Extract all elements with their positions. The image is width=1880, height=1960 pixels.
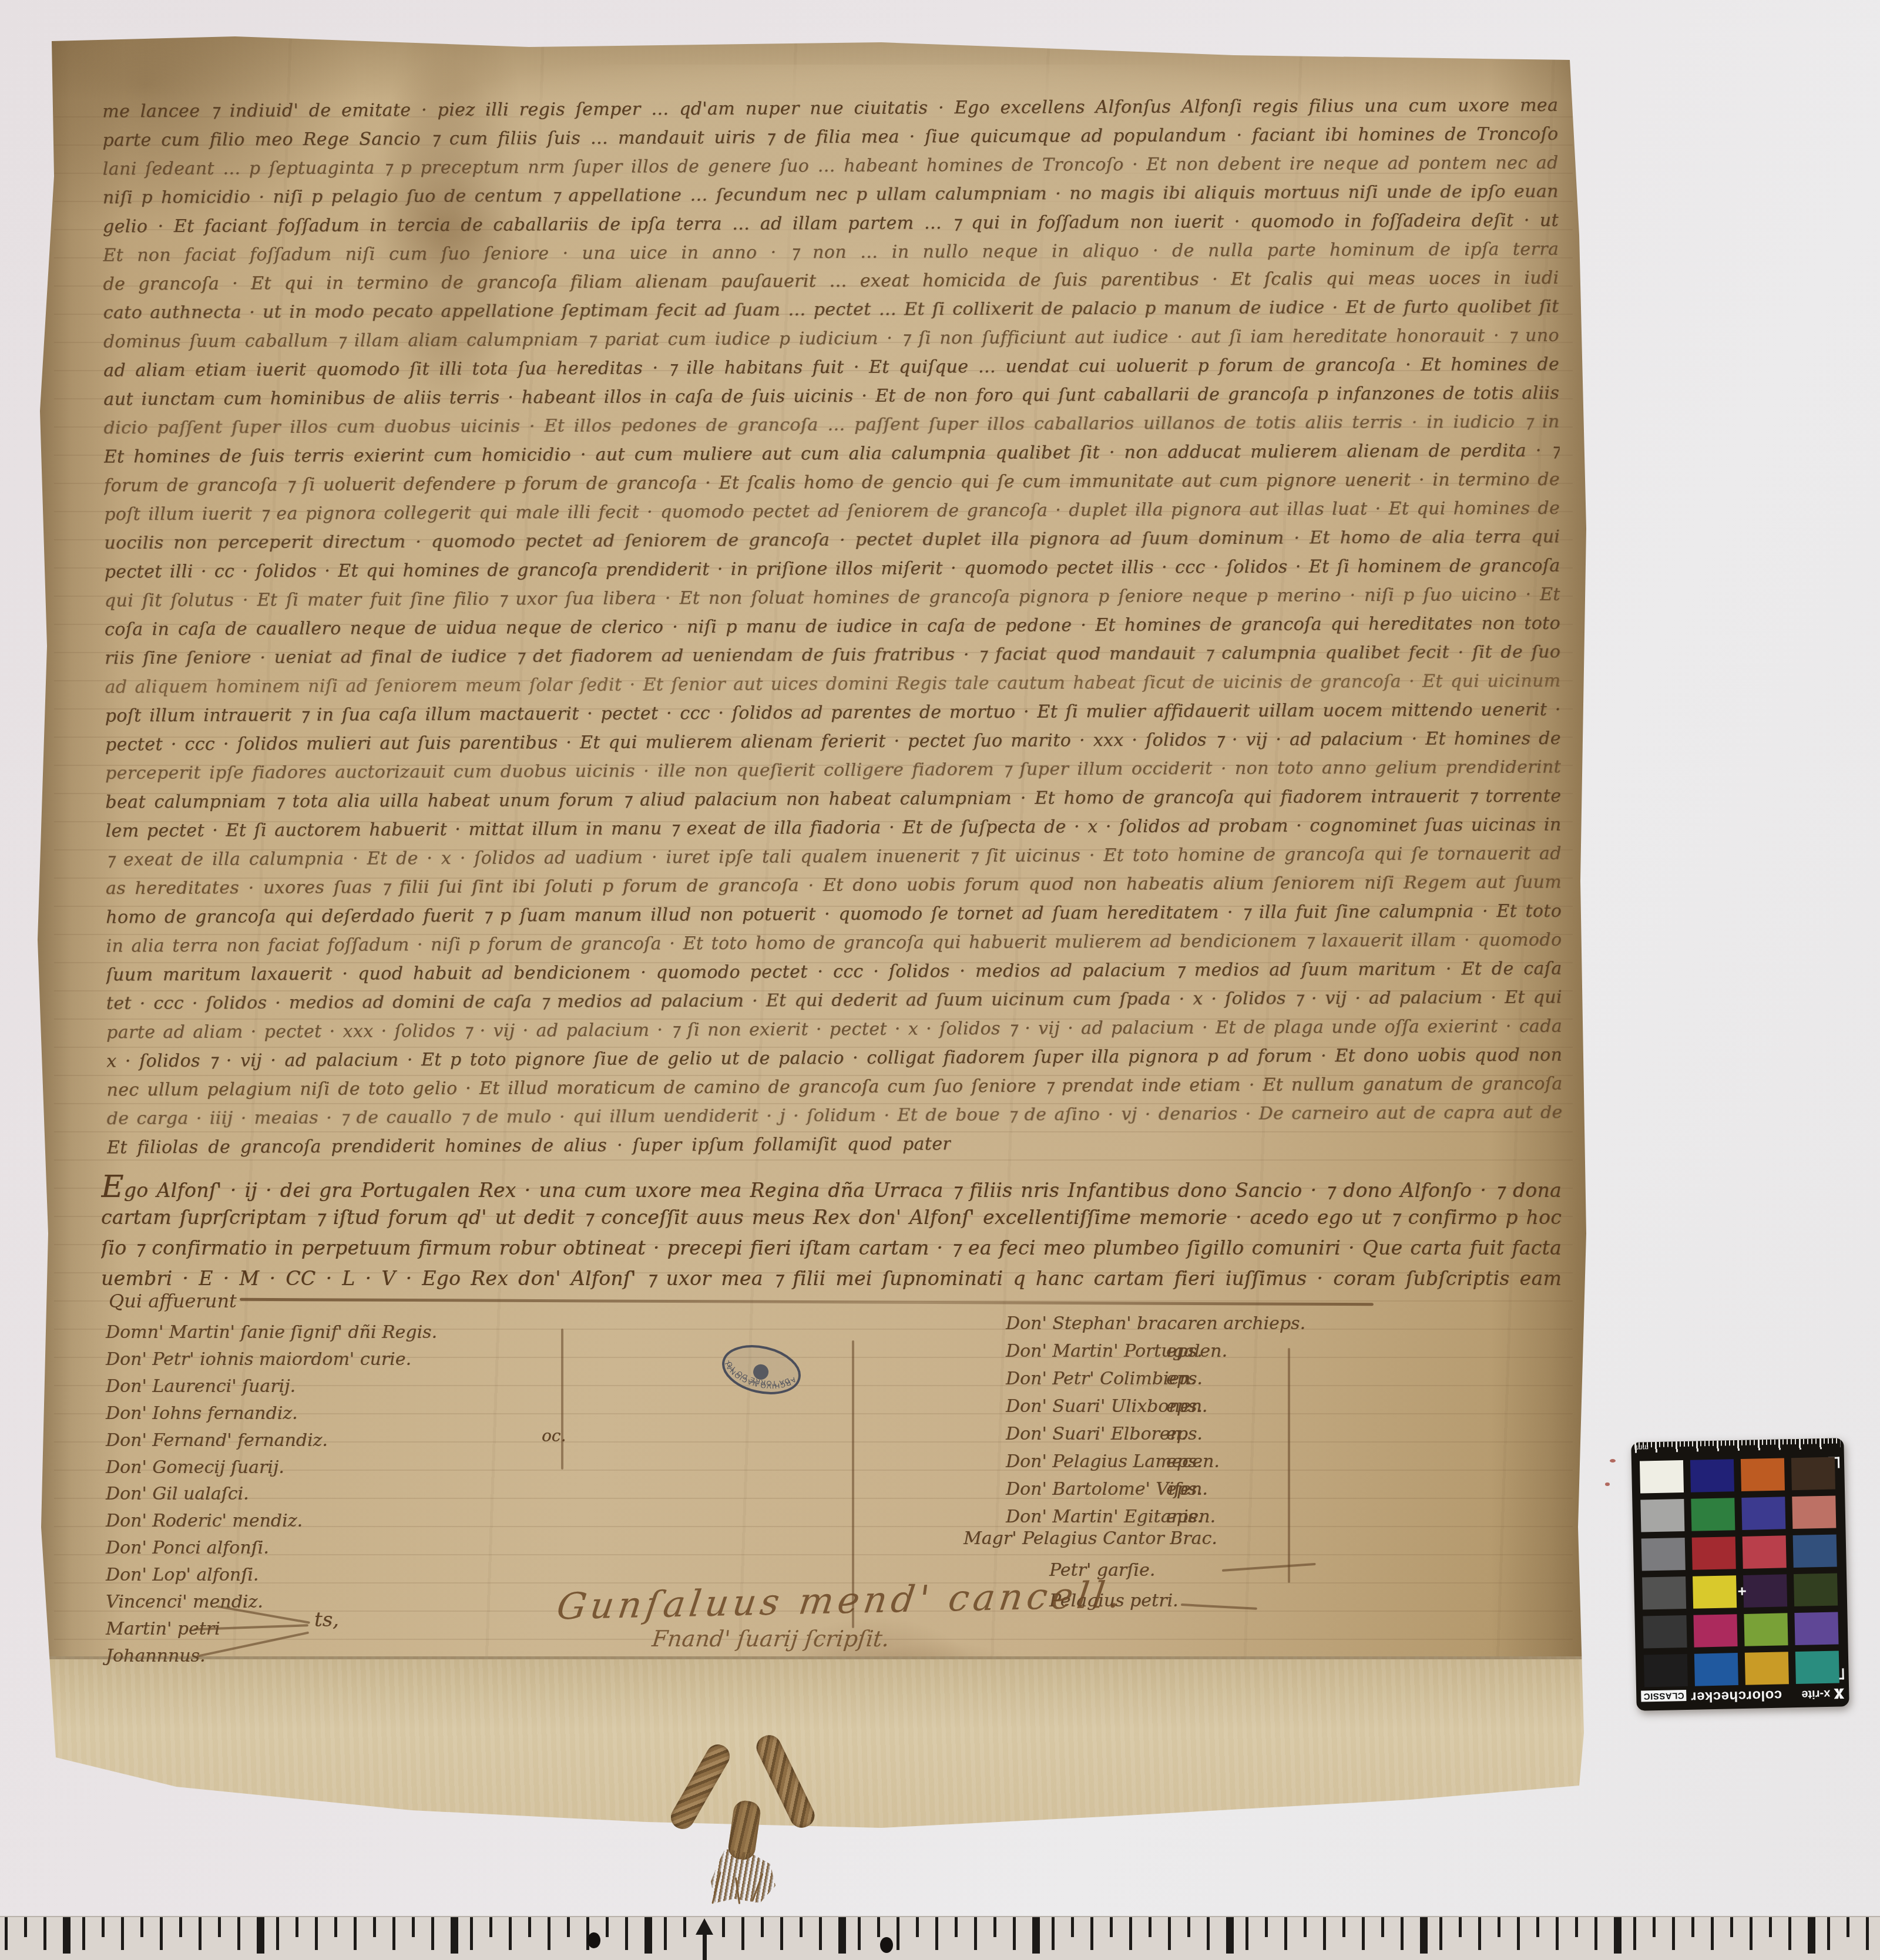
witness-extra: Magr' Pelagius Cantor Brac.	[963, 1528, 1217, 1549]
witness-right-item: Don' Suari' Elboren.	[1006, 1424, 1187, 1444]
ruler-tick	[392, 1917, 395, 1950]
ruler-tick	[1207, 1917, 1210, 1950]
manuscript-line: Et filiolas de grancoſa prendiderit homi…	[107, 1129, 951, 1162]
ruler-tick	[1420, 1917, 1428, 1954]
ruler-tick	[780, 1917, 783, 1950]
ruler-tick	[1362, 1917, 1365, 1950]
ruler-tick	[741, 1917, 744, 1950]
ink-speck	[1605, 1482, 1610, 1486]
color-patch	[1694, 1653, 1738, 1686]
witness-left-item: Domn' Martin' ſanie ſignif' dñi Regis.	[106, 1322, 437, 1343]
ruler-tick	[1517, 1917, 1520, 1950]
ruler-tick	[664, 1917, 667, 1950]
cord-tassel	[711, 1849, 775, 1903]
ruler-tick	[1478, 1917, 1481, 1950]
scribe-line: Fnand' ſuarij ſcripſit.	[651, 1626, 891, 1652]
witness-title-eps: eps.	[1166, 1341, 1203, 1361]
ruler-tick	[296, 1917, 298, 1937]
ruler-tick	[140, 1917, 143, 1937]
ruler-tick	[412, 1917, 415, 1937]
ruler-tick	[1342, 1917, 1345, 1937]
column-bracket	[1288, 1348, 1290, 1583]
ruler-tick	[877, 1917, 880, 1937]
ruler-tick	[1866, 1917, 1869, 1950]
ruler-tick	[5, 1917, 8, 1950]
color-patch	[1690, 1459, 1734, 1492]
archival-photo-scene: me lancee ⁊ indiuid' de emitate · piez i…	[0, 0, 1880, 1960]
ruler-arrow-stem	[703, 1934, 707, 1960]
ruler-tick	[470, 1917, 473, 1950]
ruler-tick	[916, 1917, 919, 1937]
witness-left-item: Don' Lop' alfonſi.	[106, 1565, 258, 1585]
ruler-tick	[1614, 1917, 1621, 1954]
cord-arm-right	[753, 1731, 818, 1831]
color-patch	[1640, 1499, 1684, 1532]
edition-badge: CLASSIC	[1641, 1690, 1687, 1702]
witness-title-eps: eps.	[1166, 1396, 1203, 1417]
ruler-tick	[800, 1917, 803, 1937]
ruler-tick	[1439, 1917, 1442, 1950]
ink-speck	[1610, 1459, 1616, 1463]
ruler-tick	[1323, 1917, 1326, 1950]
ruler-tick	[974, 1917, 977, 1950]
ruler-tick	[1788, 1917, 1791, 1950]
ruler-tick	[548, 1917, 550, 1950]
color-patch	[1693, 1614, 1737, 1648]
colorchecker-label: colorchecker CLASSIC	[1641, 1687, 1782, 1706]
color-patch	[1791, 1457, 1835, 1491]
ruler-tick	[1071, 1917, 1074, 1937]
ruler-tick	[121, 1917, 124, 1950]
witness-list-header: Qui affuerunt	[109, 1290, 237, 1312]
color-patch	[1795, 1651, 1839, 1685]
manuscript-line: cartam ſuprſcriptam ⁊ iſtud forum qd' ut…	[101, 1202, 1562, 1233]
ruler-tick	[625, 1917, 628, 1950]
ruler-tick	[1401, 1917, 1404, 1950]
card-mm-ruler: mm	[1634, 1438, 1840, 1456]
ruler-dot-mark	[880, 1937, 893, 1953]
ruler-tick	[63, 1917, 70, 1954]
witness-left-item: Don' Petr' iohnis maiordom' curie.	[106, 1349, 411, 1370]
witness-left-item: Don' Fernand' fernandiz.	[106, 1430, 328, 1451]
ruler-tick	[1013, 1917, 1016, 1950]
ruler-tick	[1226, 1917, 1234, 1954]
color-patch	[1744, 1613, 1788, 1646]
ts-mark: ts,	[314, 1608, 339, 1632]
royal-subscription: Ego Alfonſ' · ij · dei gra Portugalen Re…	[101, 1172, 1562, 1294]
ruler-tick	[218, 1917, 221, 1937]
ruler-tick	[24, 1917, 27, 1937]
color-patch	[1743, 1535, 1787, 1569]
manuscript-line: uembri · E · M · CC · L · V · Ego Rex do…	[101, 1263, 1562, 1294]
ruler-tick	[1129, 1917, 1132, 1950]
ruler-tick	[1633, 1917, 1636, 1950]
registration-cross-icon: +	[1737, 1582, 1747, 1601]
color-patch	[1745, 1652, 1789, 1685]
ruler-tick	[160, 1917, 163, 1950]
ruler-tick	[955, 1917, 958, 1937]
witness-title-eps: eps.	[1166, 1507, 1203, 1527]
color-patch	[1794, 1574, 1838, 1607]
ruler-tick	[334, 1917, 337, 1937]
witness-left-item: Don' Iohns fernandiz.	[106, 1403, 298, 1424]
ruler-tick	[1653, 1917, 1656, 1937]
ruler-tick	[1827, 1917, 1830, 1950]
color-patch	[1642, 1576, 1686, 1610]
ruler-tick	[199, 1917, 202, 1950]
color-patch	[1644, 1654, 1688, 1687]
color-patch-grid	[1640, 1457, 1841, 1687]
ruler-tick	[315, 1917, 318, 1950]
ruler-tick	[489, 1917, 492, 1937]
xrite-brand: x-rite	[1801, 1687, 1844, 1702]
ruler-tick	[644, 1917, 652, 1954]
ruler-tick	[528, 1917, 531, 1937]
colorchecker-card: mm + x-rite colorchecker CLASSIC	[1631, 1438, 1849, 1710]
color-patch	[1692, 1537, 1736, 1570]
color-patch	[1643, 1615, 1687, 1649]
ruler-tick	[858, 1917, 861, 1950]
ruler-tick	[1110, 1917, 1113, 1937]
ruler-tick	[1498, 1917, 1500, 1937]
ruler-tick	[1750, 1917, 1753, 1950]
color-patch	[1741, 1497, 1785, 1530]
ruler-tick	[1090, 1917, 1093, 1950]
ruler-tick	[993, 1917, 996, 1937]
ruler-tick	[761, 1917, 764, 1937]
witness-left-item: Don' Gil ualaſci.	[106, 1484, 249, 1504]
color-patch	[1691, 1498, 1735, 1531]
charter-main-text: me lancee ⁊ indiuid' de emitate · piez i…	[102, 91, 1563, 1162]
ruler-tick	[1594, 1917, 1597, 1950]
ruler-tick	[257, 1917, 264, 1954]
witness-title-eps: eps.	[1166, 1424, 1203, 1444]
ruler-tick	[373, 1917, 376, 1937]
manuscript-line: ſio ⁊ confirmatio in perpetuum firmum ro…	[101, 1233, 1562, 1263]
ruler-tick	[1032, 1917, 1040, 1954]
color-patch	[1743, 1574, 1787, 1608]
witness-right-item: Don' Stephan' bracaren archieps.	[1006, 1313, 1305, 1334]
ruler-tick	[1847, 1917, 1849, 1937]
color-patch	[1741, 1458, 1785, 1491]
ruler-tick	[1769, 1917, 1772, 1937]
ruler-tick	[1730, 1917, 1733, 1937]
ruler-tick	[179, 1917, 182, 1937]
ruler-tick	[1284, 1917, 1287, 1950]
ruler-tick	[567, 1917, 570, 1937]
witness-left-item: Don' Laurenci' ſuarij.	[106, 1376, 296, 1397]
ruler-tick	[1711, 1917, 1714, 1950]
ruler-tick	[935, 1917, 938, 1950]
photo-scale-ruler	[0, 1916, 1880, 1960]
xrite-logo-icon	[1834, 1688, 1844, 1699]
ruler-tick	[1672, 1917, 1675, 1950]
ruler-tick	[1808, 1917, 1815, 1954]
ruler-dot-mark	[587, 1932, 600, 1948]
ruler-tick	[102, 1917, 105, 1937]
ruler-tick	[509, 1917, 512, 1950]
witness-left-item: Don' Roderic' mendiz.	[106, 1511, 303, 1531]
ruler-tick	[237, 1917, 240, 1950]
witness-left-item: Johannnus.	[106, 1646, 206, 1666]
ruler-tick	[1459, 1917, 1462, 1937]
ruler-tick	[819, 1917, 822, 1950]
xrite-brand-label: x-rite	[1801, 1687, 1830, 1701]
ruler-tick	[354, 1917, 357, 1950]
product-name: colorchecker	[1691, 1687, 1782, 1705]
color-patch	[1693, 1575, 1737, 1609]
ruler-tick	[1187, 1917, 1190, 1937]
ruler-tick	[1052, 1917, 1055, 1950]
witness-left-item: Don' Gomecij ſuarij.	[106, 1457, 284, 1478]
ruler-tick	[722, 1917, 725, 1937]
ruler-tick	[43, 1917, 46, 1950]
card-footer: x-rite colorchecker CLASSIC	[1641, 1683, 1845, 1708]
ruler-tick	[838, 1917, 846, 1954]
witness-title-eps: eps.	[1166, 1479, 1203, 1500]
ruler-tick	[1168, 1917, 1171, 1950]
manuscript-line: de carga · iiij · meaias · ⁊ de cauallo …	[107, 1098, 1563, 1134]
witness-left-item: Don' Ponci alfonſi.	[106, 1538, 269, 1558]
ruler-tick	[683, 1917, 686, 1937]
ruler-tick	[1149, 1917, 1151, 1937]
ruler-tick	[1575, 1917, 1578, 1937]
manuscript-line: Ego Alfonſ' · ij · dei gra Portugalen Re…	[101, 1172, 1562, 1202]
color-patch	[1640, 1460, 1684, 1494]
color-patch	[1792, 1496, 1836, 1529]
mm-unit-label: mm	[1636, 1443, 1649, 1452]
color-patch	[1641, 1538, 1686, 1571]
ruler-tick	[431, 1917, 434, 1950]
witness-title-eps: eps.	[1166, 1369, 1203, 1389]
ruler-tick	[1265, 1917, 1268, 1937]
ruler-tick	[1536, 1917, 1539, 1937]
ruler-tick	[897, 1917, 899, 1950]
witness-title-eps: eps.	[1166, 1451, 1203, 1472]
color-patch	[1794, 1612, 1838, 1646]
ruler-tick	[606, 1917, 609, 1937]
ruler-tick	[1245, 1917, 1248, 1950]
ruler-tick	[1381, 1917, 1384, 1937]
ruler-tick	[82, 1917, 85, 1950]
chirograph-stroke	[561, 1329, 563, 1470]
ruler-tick	[1304, 1917, 1307, 1937]
ruler-arrow-mark	[696, 1918, 713, 1935]
ruler-tick	[276, 1917, 279, 1950]
ruler-tick	[1556, 1917, 1559, 1950]
ruler-tick	[1691, 1917, 1694, 1937]
ruler-tick	[451, 1917, 458, 1954]
color-patch	[1793, 1535, 1837, 1568]
seal-cord	[680, 1732, 821, 1905]
